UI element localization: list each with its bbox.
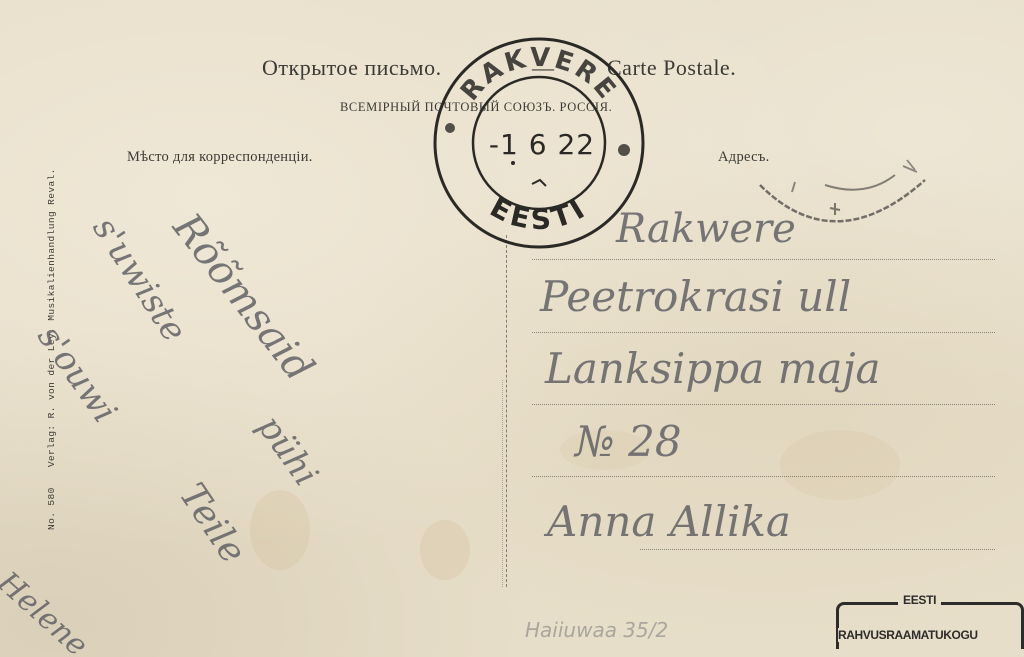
message-line: s'ouwi bbox=[29, 318, 124, 430]
signature: Helene bbox=[0, 565, 95, 657]
svg-text:EESTI: EESTI bbox=[485, 190, 594, 236]
card-number: No. 580 bbox=[46, 487, 57, 530]
address-line bbox=[532, 259, 995, 260]
center-divider bbox=[506, 235, 507, 587]
correspondence-label: Мѣсто для корреспонденціи. bbox=[127, 149, 313, 166]
postcard-back: Открытое письмо. — Carte Postale. ВСЕМІР… bbox=[0, 0, 1024, 657]
address-number: № 28 bbox=[575, 417, 682, 466]
postmark-country: EESTI bbox=[485, 190, 594, 236]
message-line: Rõõmsaid bbox=[164, 205, 323, 390]
address-recipient: Anna Allika bbox=[547, 497, 791, 546]
address-line bbox=[532, 476, 995, 477]
address-town: Rakwere bbox=[616, 206, 796, 252]
svg-text:RAKVERE: RAKVERE bbox=[455, 43, 623, 107]
title-russian: Открытое письмо. bbox=[262, 55, 442, 81]
paper-stain bbox=[780, 430, 900, 500]
paper-stain bbox=[250, 490, 310, 570]
paper-stain bbox=[420, 520, 470, 580]
center-divider-shadow bbox=[502, 380, 503, 587]
address-line bbox=[532, 332, 995, 333]
message-line: Teile bbox=[171, 476, 254, 571]
address-line bbox=[532, 404, 995, 405]
address-line bbox=[640, 549, 995, 550]
message-line: pühi bbox=[249, 408, 326, 494]
postmark-date: -1 6 22 bbox=[489, 128, 595, 161]
library-stamp: EESTI RAHVUSRAAMATUKOGU bbox=[836, 596, 1022, 652]
address-building: Lanksippa maja bbox=[545, 344, 881, 393]
address-street: Peetrokrasi ull bbox=[540, 272, 851, 321]
library-stamp-name: RAHVUSRAAMATUKOGU bbox=[838, 628, 980, 642]
publisher-name: Verlag: R. von der Ley, Musikalienhandlu… bbox=[46, 168, 57, 467]
archive-note: Haiiuwaa 35/2 bbox=[525, 618, 668, 642]
library-stamp-country: EESTI bbox=[898, 593, 941, 607]
postmark-town: RAKVERE bbox=[455, 43, 623, 107]
postmark-stamp: RAKVERE EESTI -1 6 22 bbox=[432, 36, 646, 250]
